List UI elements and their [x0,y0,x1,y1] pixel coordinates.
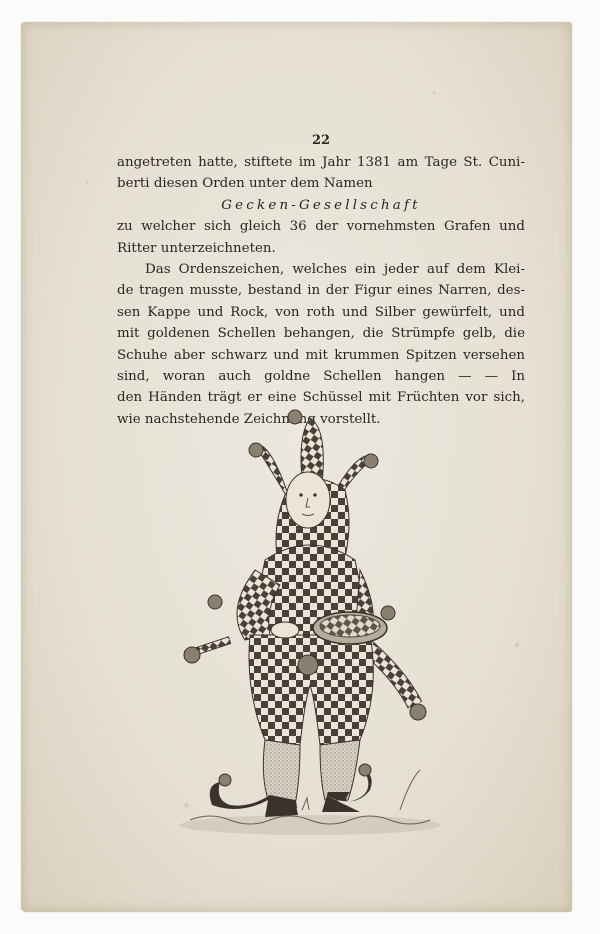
order-name-heading: Gecken-Gesellschaft [117,195,525,216]
text-line: zu welcher sich gleich 36 der vornehmste… [117,216,525,237]
text-line: sind, woran auch goldne Schellen hangen … [117,366,525,387]
text-line: Das Ordenszeichen, welches ein jeder auf… [117,259,525,280]
text-line: angetreten hatte, stiftete im Jahr 1381 … [117,152,525,173]
text-line: berti diesen Orden unter dem Namen [117,173,525,194]
text-line: mit goldenen Schellen behangen, die Strü… [117,323,525,344]
text-line: Schuhe aber schwarz und mit krummen Spit… [117,345,525,366]
text-line: Ritter unterzeichneten. [117,238,525,259]
text-line: de tragen musste, bestand in der Figur e… [117,280,525,301]
jester-illustration [170,400,450,840]
text-line: sen Kappe und Rock, von roth und Silber … [117,302,525,323]
text-body: angetreten hatte, stiftete im Jahr 1381 … [117,152,525,430]
page-number: 22 [117,130,525,151]
